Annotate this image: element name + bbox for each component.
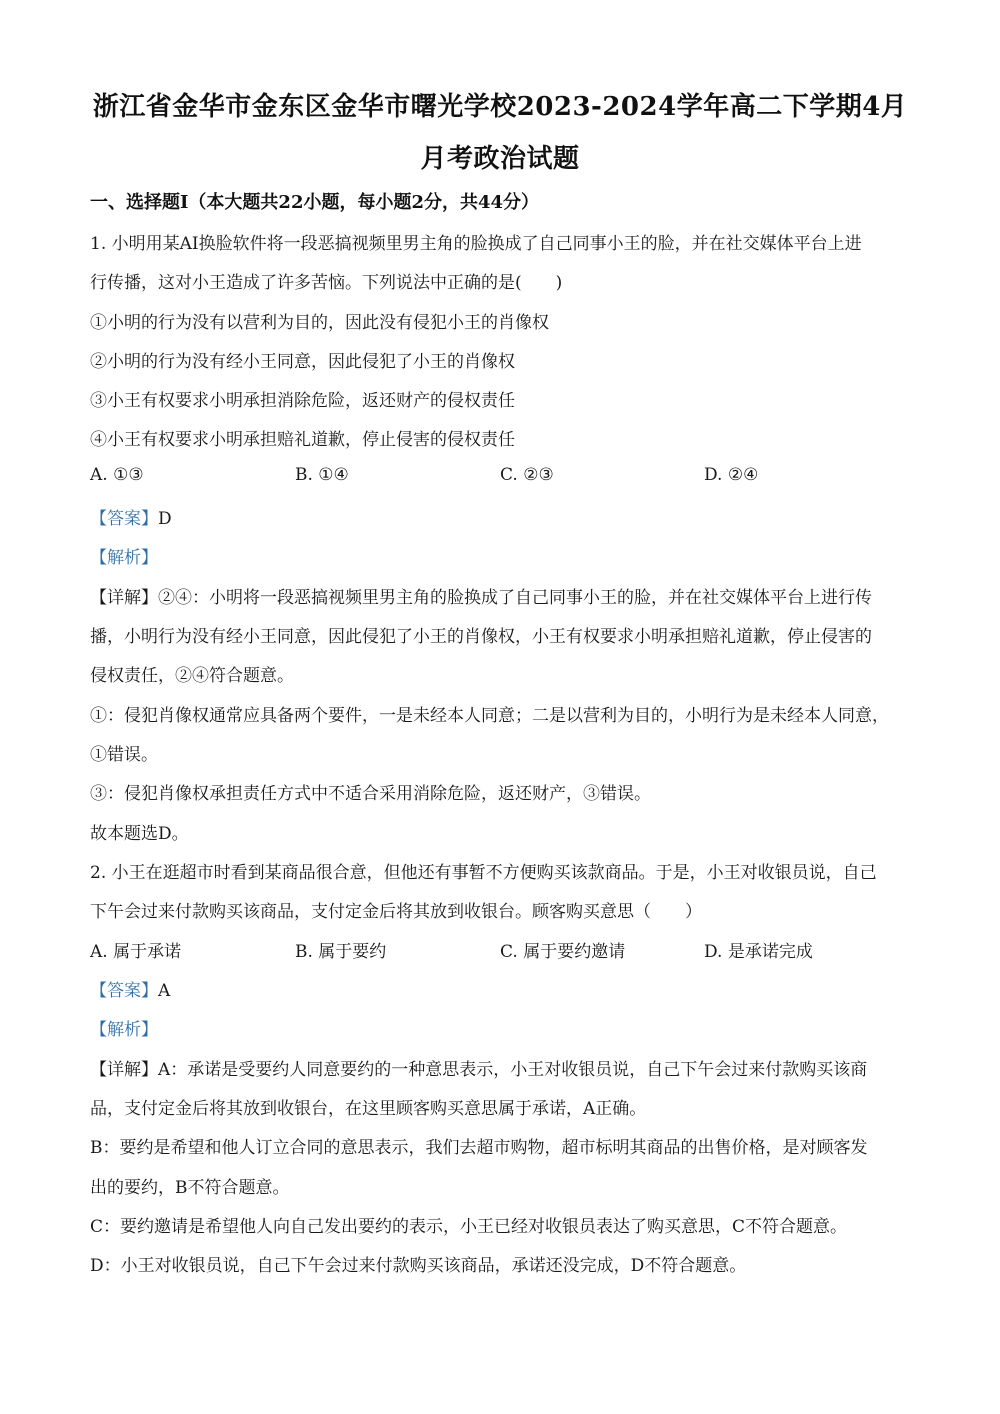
question-2-stem-line-2: 下午会过来付款购买该商品，支付定金后将其放到收银台。顾客购买意思（ ） xyxy=(90,897,702,922)
question-1-stem-line-2: 行传播，这对小王造成了许多苦恼。下列说法中正确的是( ) xyxy=(90,268,562,293)
question-1-statement-4: ④小王有权要求小明承担赔礼道歉，停止侵害的侵权责任 xyxy=(90,425,515,450)
question-2-analysis-heading: 【解析】 xyxy=(90,1015,158,1040)
detail-text: A：承诺是受要约人同意要约的一种意思表示，小王对收银员说，自己下午会过来付款购买… xyxy=(158,1060,867,1080)
question-1-detail-line-1: 【详解】②④：小明将一段恶搞视频里男主角的脸换成了自己同事小王的脸，并在社交媒体… xyxy=(90,583,872,608)
question-2-option-c: C. 属于要约邀请 xyxy=(500,937,625,962)
question-2-option-a: A. 属于承诺 xyxy=(90,937,181,962)
detail-tag: 【详解】 xyxy=(90,1060,158,1080)
question-1-detail-line-7: 故本题选D。 xyxy=(90,819,189,844)
question-1-statement-1: ①小明的行为没有以营利为目的，因此没有侵犯小王的肖像权 xyxy=(90,308,549,333)
question-1-detail-line-2: 播，小明行为没有经小王同意，因此侵犯了小王的肖像权，小王有权要求小明承担赔礼道歉… xyxy=(90,622,872,647)
question-2-stem-line-1: 2. 小王在逛超市时看到某商品很合意，但他还有事暂不方便购买该款商品。于是，小王… xyxy=(90,858,877,883)
answer-value: D xyxy=(158,509,172,529)
detail-text: ②④：小明将一段恶搞视频里男主角的脸换成了自己同事小王的脸，并在社交媒体平台上进… xyxy=(158,588,872,608)
analysis-tag: 【解析】 xyxy=(90,548,158,568)
document-title-line-2: 月考政治试题 xyxy=(60,138,940,175)
answer-tag: 【答案】 xyxy=(90,981,158,1001)
question-2-answer: 【答案】A xyxy=(90,976,170,1001)
question-1-detail-line-3: 侵权责任，②④符合题意。 xyxy=(90,661,294,686)
document-page: 浙江省金华市金东区金华市曙光学校2023-2024学年高二下学期4月 月考政治试… xyxy=(0,0,1000,1414)
question-2-detail-line-4: 出的要约，B不符合题意。 xyxy=(90,1173,290,1198)
question-1-statement-2: ②小明的行为没有经小王同意，因此侵犯了小王的肖像权 xyxy=(90,347,515,372)
question-1-answer: 【答案】D xyxy=(90,504,172,529)
question-1-option-c: C. ②③ xyxy=(500,465,554,485)
question-2-detail-line-3: B：要约是希望和他人订立合同的意思表示，我们去超市购物，超市标明其商品的出售价格… xyxy=(90,1133,868,1158)
question-2-detail-line-5: C：要约邀请是希望他人向自己发出要约的表示，小王已经对收银员表达了购买意思，C不… xyxy=(90,1212,847,1237)
question-2-detail-line-2: 品，支付定金后将其放到收银台，在这里顾客购买意思属于承诺，A正确。 xyxy=(90,1094,646,1119)
detail-tag: 【详解】 xyxy=(90,588,158,608)
question-2-option-b: B. 属于要约 xyxy=(295,937,386,962)
answer-value: A xyxy=(158,981,170,1001)
question-1-option-d: D. ②④ xyxy=(704,465,758,485)
document-title-line-1: 浙江省金华市金东区金华市曙光学校2023-2024学年高二下学期4月 xyxy=(60,86,940,123)
question-1-detail-line-4: ①：侵犯肖像权通常应具备两个要件，一是未经本人同意；二是以营利为目的，小明行为是… xyxy=(90,701,889,726)
question-1-statement-3: ③小王有权要求小明承担消除危险，返还财产的侵权责任 xyxy=(90,386,515,411)
answer-tag: 【答案】 xyxy=(90,509,158,529)
question-1-analysis-heading: 【解析】 xyxy=(90,543,158,568)
question-2-detail-line-6: D：小王对收银员说，自己下午会过来付款购买该商品，承诺还没完成，D不符合题意。 xyxy=(90,1251,746,1276)
analysis-tag: 【解析】 xyxy=(90,1020,158,1040)
question-1-option-a: A. ①③ xyxy=(90,465,144,485)
section-heading: 一、选择题Ⅰ（本大题共22小题，每小题2分，共44分） xyxy=(90,188,539,214)
question-1-stem-line-1: 1. 小明用某AI换脸软件将一段恶搞视频里男主角的脸换成了自己同事小王的脸，并在… xyxy=(90,229,862,254)
question-2-option-d: D. 是承诺完成 xyxy=(704,937,813,962)
question-1-detail-line-5: ①错误。 xyxy=(90,740,158,765)
question-1-detail-line-6: ③：侵犯肖像权承担责任方式中不适合采用消除危险，返还财产，③错误。 xyxy=(90,779,651,804)
question-2-detail-line-1: 【详解】A：承诺是受要约人同意要约的一种意思表示，小王对收银员说，自己下午会过来… xyxy=(90,1055,867,1080)
question-1-option-b: B. ①④ xyxy=(295,465,349,485)
